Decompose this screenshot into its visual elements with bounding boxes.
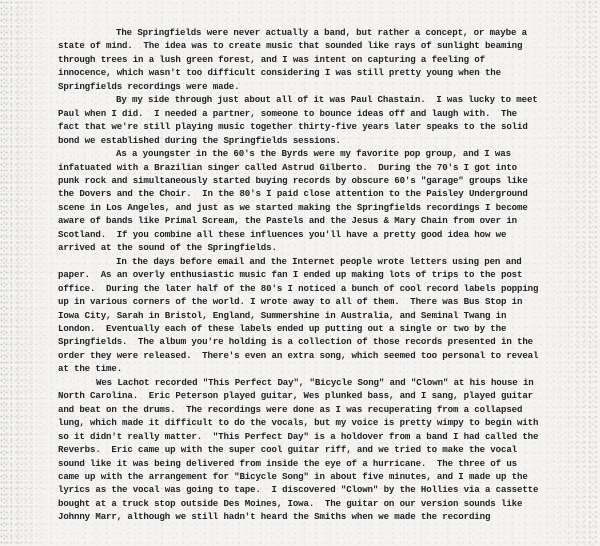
text-line: and beat on the drums. The recordings we…: [58, 403, 558, 416]
text-line: bond we established during the Springfie…: [58, 134, 558, 147]
text-line: arrived at the sound of the Springfields…: [58, 241, 558, 254]
text-line: Iowa City, Sarah in Bristol, England, Su…: [58, 309, 558, 322]
paragraph-first-line: Wes Lachot recorded "This Perfect Day", …: [58, 376, 558, 389]
text-line: through trees in a lush green forest, an…: [58, 53, 558, 66]
paragraph: In the days before email and the Interne…: [58, 255, 558, 376]
scan-edge-noise-left: [0, 0, 55, 546]
paragraph-first-line: As a youngster in the 60's the Byrds wer…: [58, 147, 558, 160]
text-line: bought at a truck stop outside Des Moine…: [58, 497, 558, 510]
text-line: Scotland. If you combine all these influ…: [58, 228, 558, 241]
text-line: fact that we're still playing music toge…: [58, 120, 558, 133]
text-line: Johnny Marr, although we still hadn't he…: [58, 510, 558, 523]
text-line: London. Eventually each of these labels …: [58, 322, 558, 335]
text-line: scene in Los Angeles, and just as we sta…: [58, 201, 558, 214]
text-line: paper. As an overly enthusiastic music f…: [58, 268, 558, 281]
paragraph-first-line: In the days before email and the Interne…: [58, 255, 558, 268]
text-line: sound like it was being delivered from i…: [58, 457, 558, 470]
paragraph: The Springfields were never actually a b…: [58, 26, 558, 93]
text-line: Springfields. The album you're holding i…: [58, 335, 558, 348]
text-line: at the time.: [58, 362, 558, 375]
text-line: North Carolina. Eric Peterson played gui…: [58, 389, 558, 402]
text-line: the Dovers and the Choir. In the 80's I …: [58, 187, 558, 200]
text-line: came up with the arrangement for "Bicycl…: [58, 470, 558, 483]
text-line: office. During the later half of the 80'…: [58, 282, 558, 295]
text-line: innocence, which wasn't too difficult co…: [58, 66, 558, 79]
text-line: aware of bands like Primal Scream, the P…: [58, 214, 558, 227]
text-line: lyrics as the vocal was going to tape. I…: [58, 483, 558, 496]
text-line: Reverbs. Eric came up with the super coo…: [58, 443, 558, 456]
paragraph: As a youngster in the 60's the Byrds wer…: [58, 147, 558, 255]
text-line: punk rock and simultaneously started buy…: [58, 174, 558, 187]
liner-notes-text: The Springfields were never actually a b…: [58, 26, 558, 524]
paragraph-first-line: By my side through just about all of it …: [58, 93, 558, 106]
text-line: Springfields recordings were made.: [58, 80, 558, 93]
text-line: state of mind. The idea was to create mu…: [58, 39, 558, 52]
paragraph: Wes Lachot recorded "This Perfect Day", …: [58, 376, 558, 524]
paragraph-first-line: The Springfields were never actually a b…: [58, 26, 558, 39]
text-line: up in various corners of the world. I wr…: [58, 295, 558, 308]
text-line: so it didn't really matter. "This Perfec…: [58, 430, 558, 443]
text-line: order they were released. There's even a…: [58, 349, 558, 362]
text-line: Paul when I did. I needed a partner, som…: [58, 107, 558, 120]
text-line: lung, which made it difficult to do the …: [58, 416, 558, 429]
paragraph: By my side through just about all of it …: [58, 93, 558, 147]
text-line: infatuated with a Brazilian singer calle…: [58, 161, 558, 174]
